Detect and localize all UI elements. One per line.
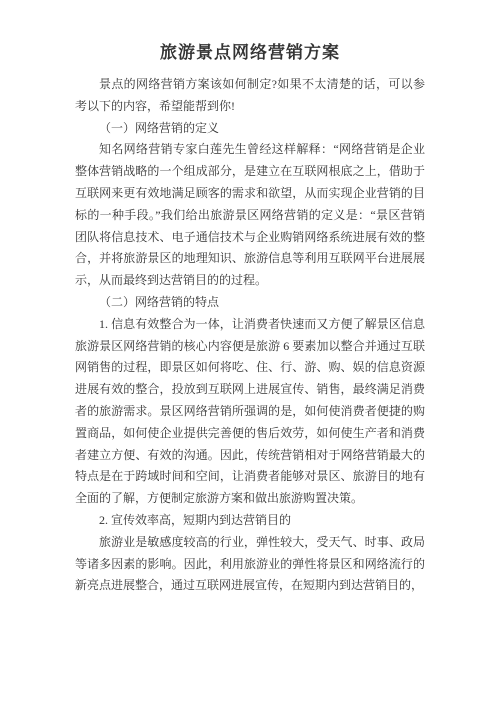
paragraph-body: 景点的网络营销方案该如何制定?如果不太清楚的话，可以参考以下的内容，希望能帮到你… — [75, 74, 425, 118]
document-page: 旅游景点网络营销方案 景点的网络营销方案该如何制定?如果不太清楚的话，可以参考以… — [0, 0, 500, 707]
paragraph-body: 知名网络营销专家白莲先生曾经这样解释：“网络营销是企业整体营销战略的一个组成部分… — [75, 139, 425, 292]
document-title: 旅游景点网络营销方案 — [75, 40, 425, 66]
paragraph-body: 1. 信息有效整合为一体，让消费者快速而又方便了解景区信息旅游景区网络营销的核心… — [75, 314, 425, 510]
paragraph-section-heading: （一）网络营销的定义 — [75, 118, 425, 140]
paragraph-body: 旅游业是敏感度较高的行业，弹性较大，受天气、时事、政局等诸多因素的影响。因此，利… — [75, 532, 425, 597]
paragraph-section-heading: （二）网络营销的特点 — [75, 292, 425, 314]
paragraph-numbered-heading: 2. 宣传效率高，短期内到达营销目的 — [75, 510, 425, 532]
document-body: 景点的网络营销方案该如何制定?如果不太清楚的话，可以参考以下的内容，希望能帮到你… — [75, 74, 425, 597]
